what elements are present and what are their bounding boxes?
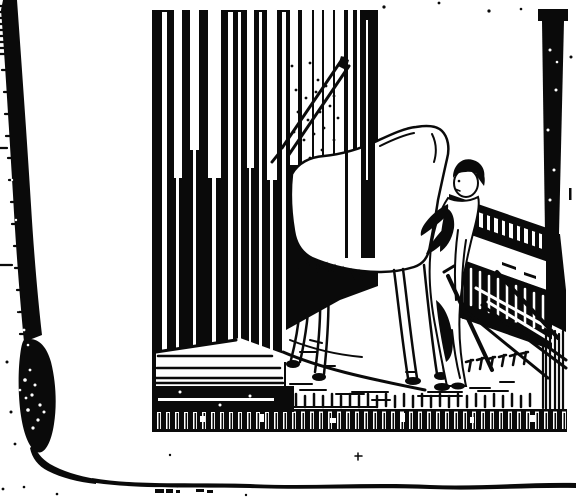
scanned-book-page: Antique black-and-white engraving of a s…: [0, 0, 576, 500]
engraving-canvas: Antique black-and-white engraving of a s…: [0, 0, 576, 500]
bottom-left-band: [152, 386, 294, 412]
groom-eye: [458, 180, 461, 183]
